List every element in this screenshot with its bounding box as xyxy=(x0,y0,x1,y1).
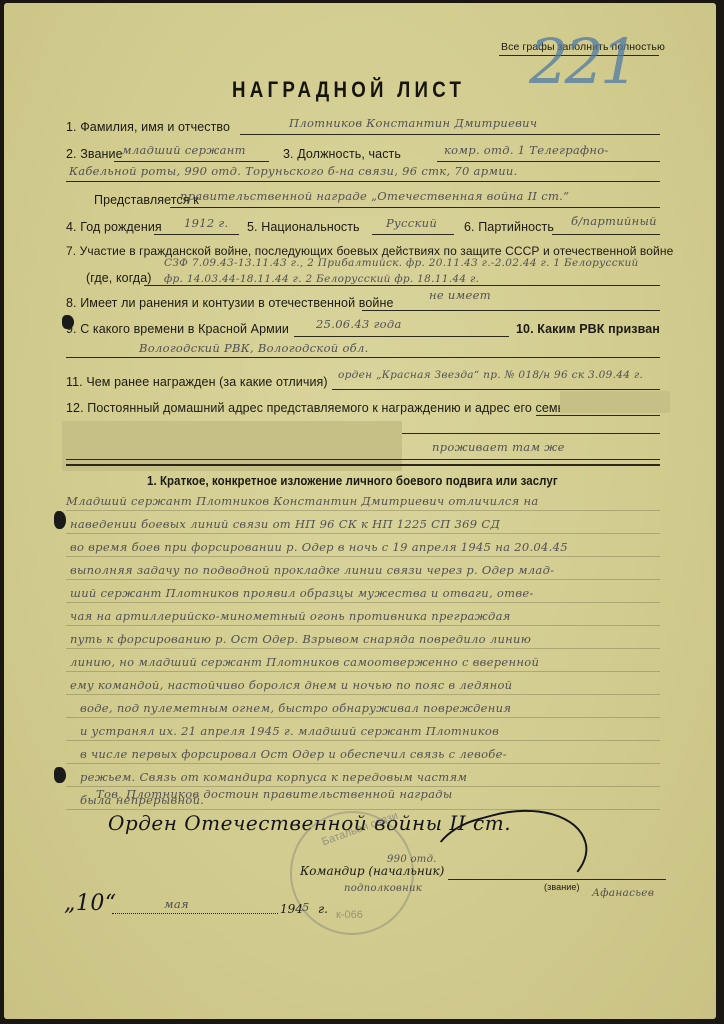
field-position-line xyxy=(437,161,660,162)
field-wounds-value: не имеет xyxy=(429,288,491,302)
field-war-participation-value-1: СЗФ 7.09.43-13.11.43 г., 2 Прибалтийск. … xyxy=(164,257,639,269)
rank-value: подполковник xyxy=(344,883,422,894)
narrative-line: линию, но младший сержант Плотников само… xyxy=(70,655,539,669)
ink-blot xyxy=(62,315,74,329)
ink-blot xyxy=(54,767,66,783)
field-where-when-label: (где, когда) xyxy=(86,271,152,285)
ink-blot xyxy=(54,511,66,529)
field-address-line-3 xyxy=(66,459,660,460)
narrative-line: воде, под пулеметным огнем, быстро обнар… xyxy=(80,701,511,715)
field-rank-label: 2. Звание xyxy=(66,147,123,161)
address-redaction xyxy=(560,391,670,413)
date-year-suffix: 5 xyxy=(302,900,310,914)
field-birth-year-label: 4. Год рождения xyxy=(66,220,162,234)
field-name-value: Плотников Константин Дмитриевич xyxy=(289,116,537,130)
field-rvk-label: 10. Каким РВК призван xyxy=(516,322,660,336)
presented-value: правительственной награде „Отечественная… xyxy=(180,189,569,203)
narrative-line: ший сержант Плотников проявил образцы му… xyxy=(70,586,534,600)
section-heading: 1. Краткое, конкретное изложение личного… xyxy=(147,473,558,488)
field-army-since-label: 9. С какого времени в Красной Армии xyxy=(66,322,289,336)
field-party-line xyxy=(552,234,660,235)
narrative-line: Младший сержант Плотников Константин Дми… xyxy=(66,494,539,508)
date-month-line xyxy=(112,913,278,914)
field-rank-line xyxy=(114,161,269,162)
field-rvk-value: Вологодский РВК, Вологодской обл. xyxy=(139,341,369,355)
field-birth-year-line xyxy=(154,234,239,235)
date-year-prefix: 194 xyxy=(280,902,303,916)
field-army-since-value: 25.06.43 года xyxy=(316,317,402,331)
sheet-number-pencil: 221 xyxy=(529,25,635,98)
recommendation-line: Тов. Плотников достоин правительственной… xyxy=(96,787,453,801)
field-wounds-label: 8. Имеет ли ранения и контузии в отечест… xyxy=(66,296,394,310)
field-name-line xyxy=(240,134,660,135)
narrative-line: и устранял их. 21 апреля 1945 г. младший… xyxy=(80,724,499,738)
presented-line xyxy=(170,207,660,208)
field-position-line-2 xyxy=(66,181,660,182)
field-rank-value: младший сержант xyxy=(122,143,246,157)
document-title: НАГРАДНОЙ ЛИСТ xyxy=(232,77,465,103)
field-position-value-1: комр. отд. 1 Телеграфно- xyxy=(444,143,609,157)
field-position-label: 3. Должность, часть xyxy=(283,147,401,161)
field-prior-awards-label: 11. Чем ранее награжден (за какие отличи… xyxy=(66,375,328,389)
field-prior-awards-value: орден „Красная Звезда“ пр. № 018/н 96 ск… xyxy=(338,369,643,381)
commander-surname: Афанасьев xyxy=(592,887,654,899)
date-year-g: г. xyxy=(318,902,328,916)
field-war-participation-value-2: фр. 14.03.44-18.11.44 г. 2 Белорусский ф… xyxy=(164,273,479,285)
field-army-since-line xyxy=(294,336,509,337)
field-name-label: 1. Фамилия, имя и отчество xyxy=(66,120,230,134)
narrative-line: ему командой, настойчиво боролся днем и … xyxy=(70,678,512,692)
narrative-line: путь к форсированию р. Ост Одер. Взрывом… xyxy=(70,632,531,646)
field-address-label: 12. Постоянный домашний адрес представля… xyxy=(66,401,571,415)
field-wounds-line xyxy=(362,310,660,311)
award-sheet: Все графы заполнить полностью 221 НАГРАД… xyxy=(4,3,716,1019)
narrative-line: чая на артиллерийско-минометный огонь пр… xyxy=(70,609,511,623)
field-prior-awards-line xyxy=(332,389,660,390)
narrative-line: режьем. Связь от командира корпуса к пер… xyxy=(80,770,467,784)
field-party-value: б/партийный xyxy=(571,214,657,228)
narrative-line: выполняя задачу по подводной прокладке л… xyxy=(70,563,554,577)
date-month: мая xyxy=(164,897,189,911)
stamp-text: Батальон связи xyxy=(320,810,399,849)
narrative-line: наведении боевых линий связи от НП 96 СК… xyxy=(70,517,500,531)
narrative-line: во время боев при форсировании р. Одер в… xyxy=(70,540,568,554)
field-party-label: 6. Партийность xyxy=(464,220,554,234)
field-war-participation-line xyxy=(144,285,660,286)
stamp-number: к-066 xyxy=(336,909,363,921)
field-position-value-2: Кабельной роты, 990 отд. Торуньского б-н… xyxy=(69,164,518,178)
section-divider xyxy=(66,464,660,466)
field-nationality-line xyxy=(372,234,454,235)
field-war-participation-label: 7. Участие в гражданской войне, последую… xyxy=(66,244,673,258)
date-day: „10“ xyxy=(64,891,117,916)
field-address-value: проживает там же xyxy=(432,440,565,454)
commander-label: Командир (начальник) xyxy=(300,864,444,878)
field-nationality-label: 5. Национальность xyxy=(247,220,360,234)
narrative-line: в числе первых форсировал Ост Одер и обе… xyxy=(80,747,507,761)
field-rvk-line xyxy=(66,357,660,358)
field-nationality-value: Русский xyxy=(386,216,437,230)
field-address-line-2 xyxy=(402,433,660,434)
field-birth-year-value: 1912 г. xyxy=(184,216,229,230)
field-address-line-1 xyxy=(536,415,660,416)
